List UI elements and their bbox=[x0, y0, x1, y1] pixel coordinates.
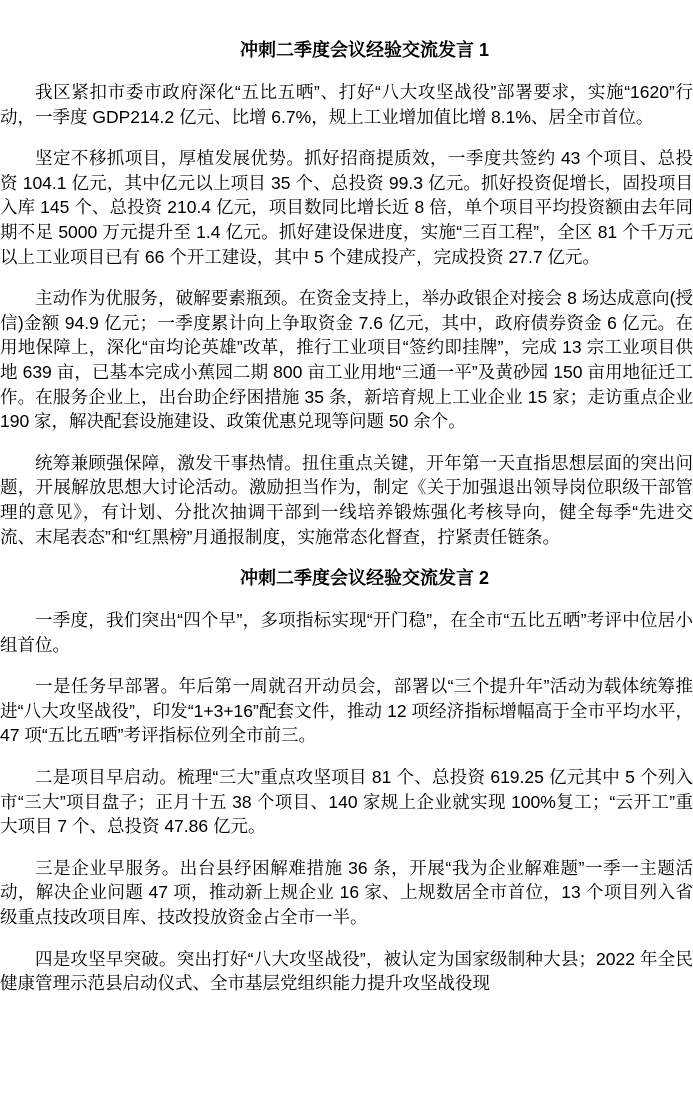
body-paragraph: 四是攻坚早突破。突出打好“八大攻坚战役”，被认定为国家级制种大县；2022 年全… bbox=[0, 947, 693, 996]
body-paragraph: 我区紧扣市委市政府深化“五比五晒”、打好“八大攻坚战役”部署要求，实施“1620… bbox=[0, 80, 693, 129]
body-paragraph: 一是任务早部署。年后第一周就召开动员会，部署以“三个提升年”活动为载体统筹推进“… bbox=[0, 674, 693, 748]
section-title: 冲刺二季度会议经验交流发言 1 bbox=[0, 38, 693, 63]
body-paragraph: 一季度，我们突出“四个早”，多项指标实现“开门稳”，在全市“五比五晒”考评中位居… bbox=[0, 608, 693, 657]
body-paragraph: 坚定不移抓项目，厚植发展优势。抓好招商提质效，一季度共签约 43 个项目、总投资… bbox=[0, 146, 693, 269]
document-page: 冲刺二季度会议经验交流发言 1我区紧扣市委市政府深化“五比五晒”、打好“八大攻坚… bbox=[0, 0, 693, 996]
body-paragraph: 二是项目早启动。梳理“三大”重点攻坚项目 81 个、总投资 619.25 亿元其… bbox=[0, 765, 693, 839]
body-paragraph: 统筹兼顾强保障，激发干事热情。扭住重点关键，开年第一天直指思想层面的突出问题，开… bbox=[0, 451, 693, 549]
section-title: 冲刺二季度会议经验交流发言 2 bbox=[0, 566, 693, 591]
body-paragraph: 主动作为优服务，破解要素瓶颈。在资金支持上，举办政银企对接会 8 场达成意向(授… bbox=[0, 286, 693, 434]
body-paragraph: 三是企业早服务。出台县纾困解难措施 36 条，开展“我为企业解难题”一季一主题活… bbox=[0, 856, 693, 930]
